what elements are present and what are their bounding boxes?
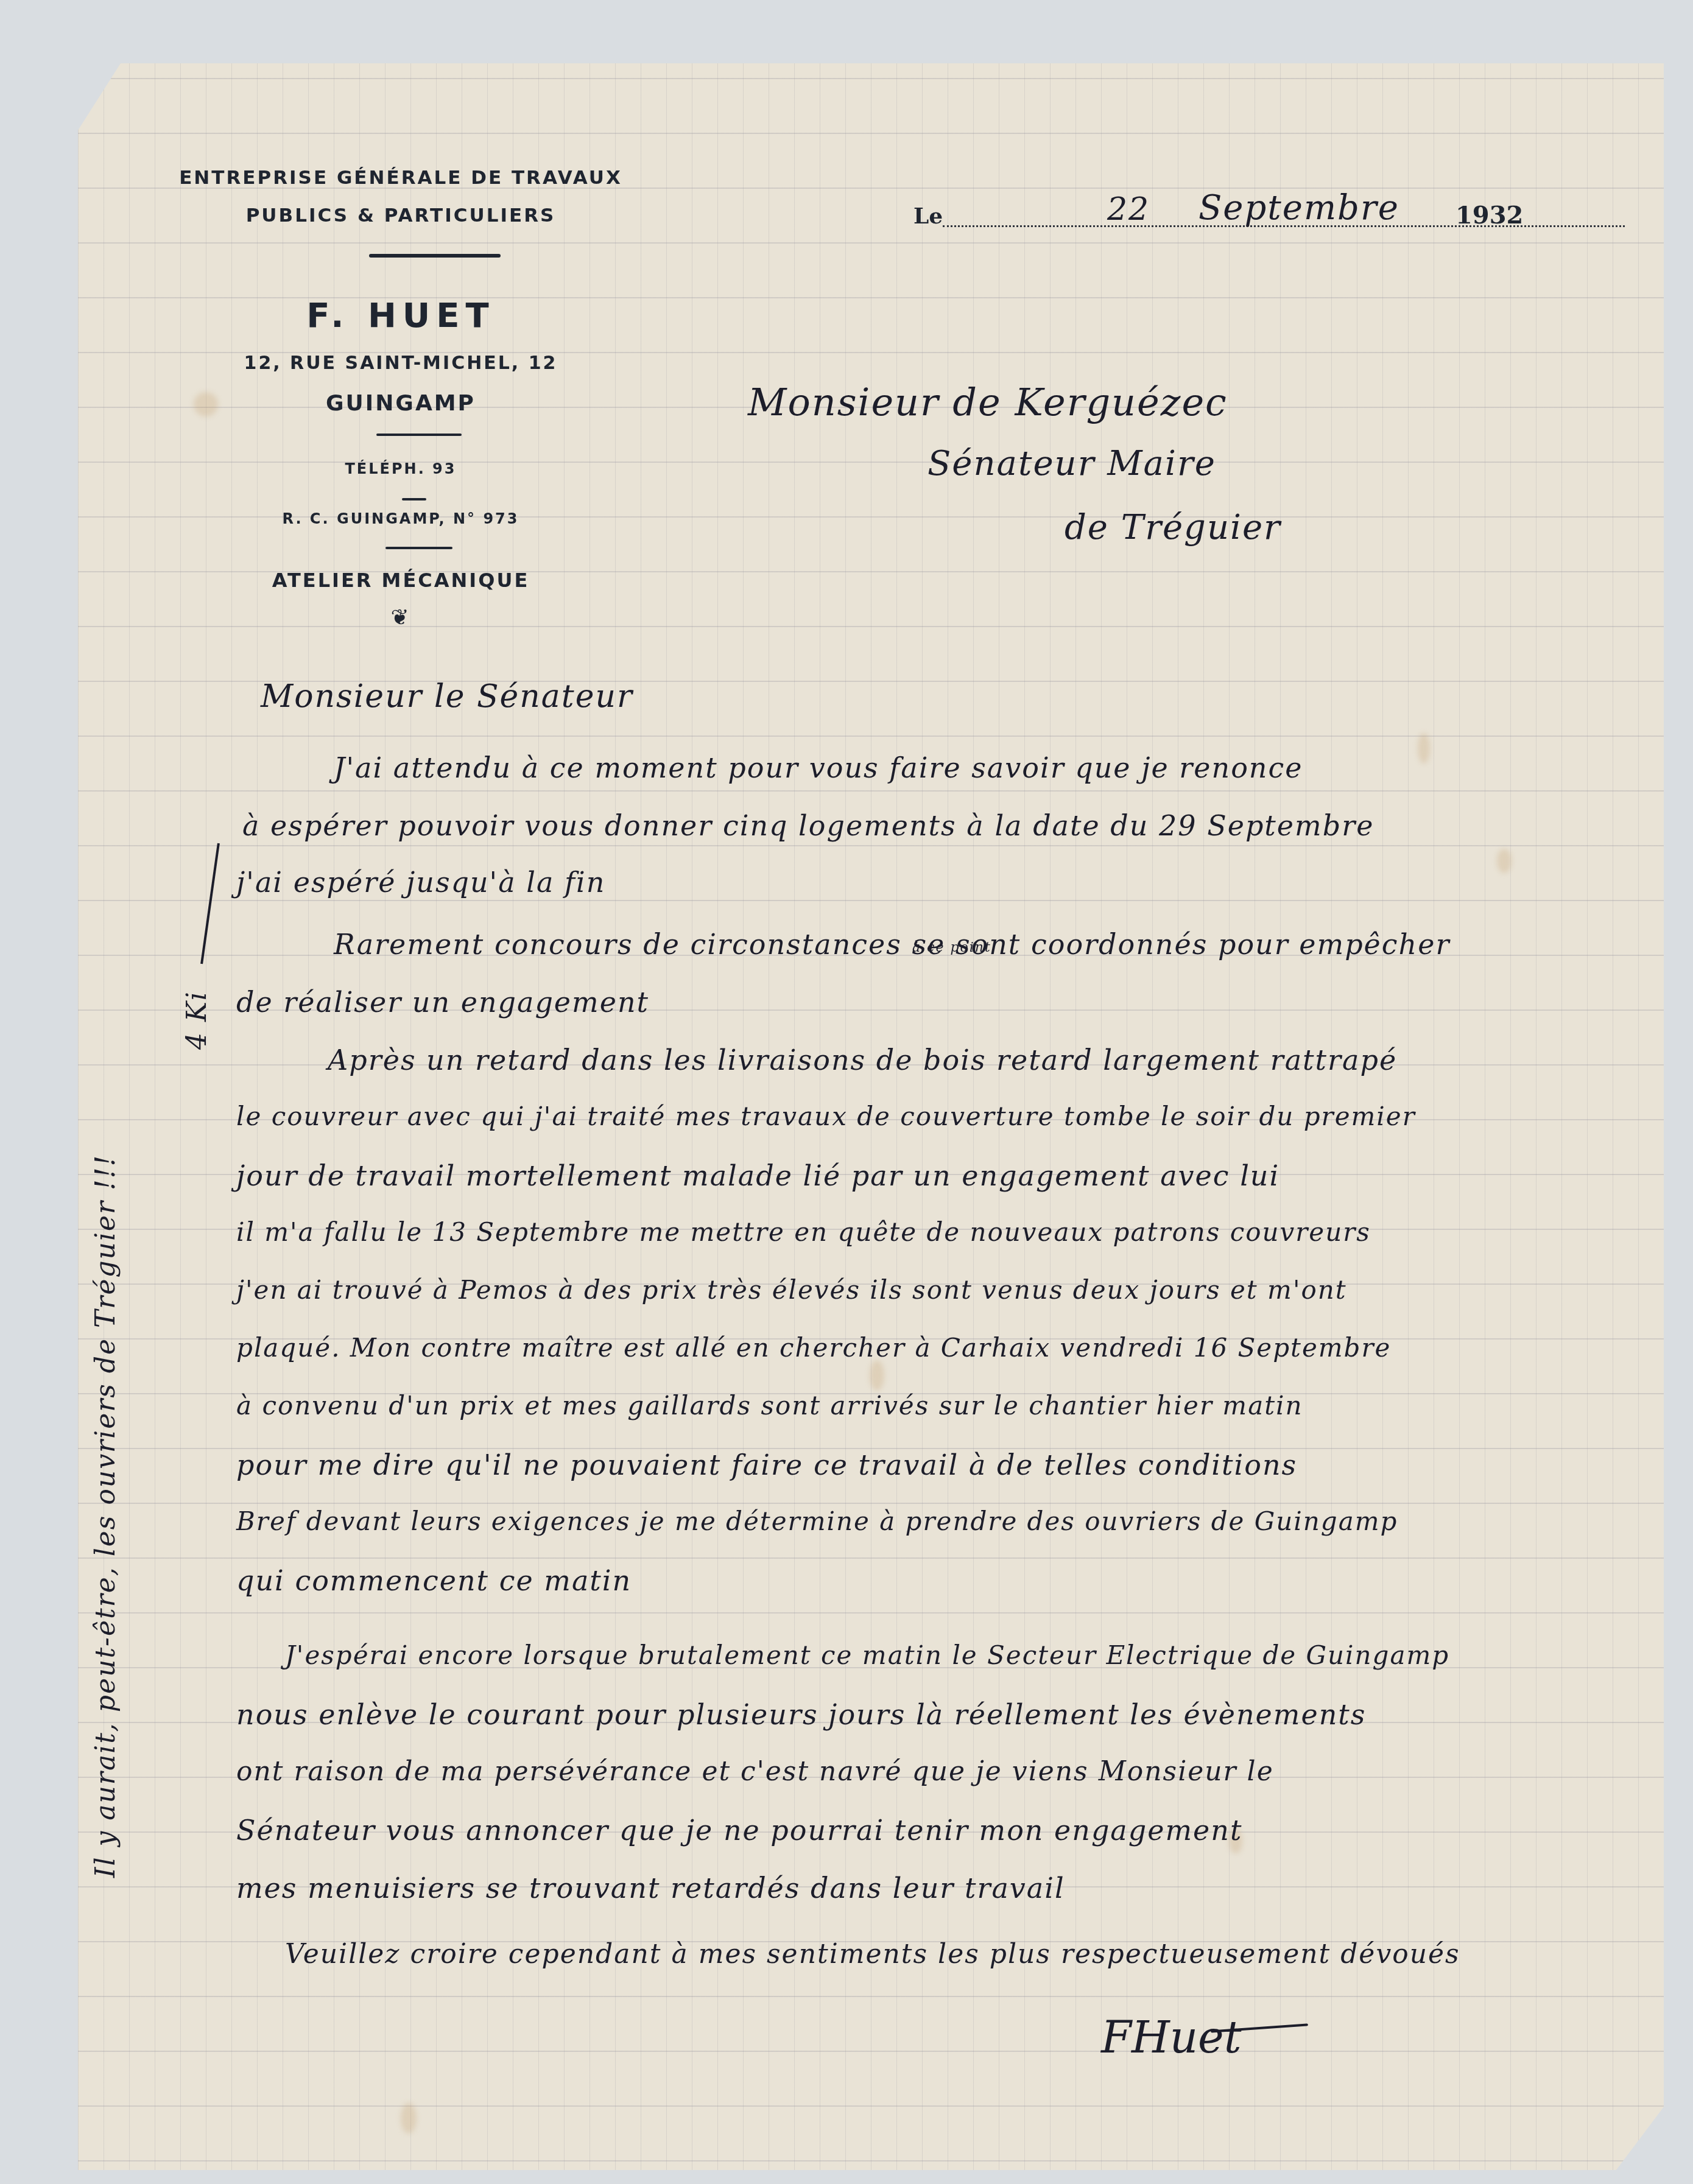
body-line: à espérer pouvoir vous donner cinq logem… (242, 809, 1374, 842)
body-line: pour me dire qu'il ne pouvaient faire ce… (236, 1448, 1297, 1481)
letter-page: ENTREPRISE GÉNÉRALE DE TRAVAUX PUBLICS &… (78, 63, 1664, 2170)
ornament-icon: ❦ (175, 605, 626, 630)
letterhead-divider (385, 547, 452, 549)
letterhead-divider (376, 434, 462, 436)
body-line: J'ai attendu à ce moment pour vous faire… (334, 751, 1303, 784)
salutation: Monsieur le Sénateur (261, 678, 633, 715)
recipient-title: Sénateur Maire (927, 444, 1216, 483)
company-city: GUINGAMP (175, 391, 626, 416)
letterhead-line1: ENTREPRISE GÉNÉRALE DE TRAVAUX (151, 167, 650, 189)
body-line: Rarement concours de circonstances se so… (334, 928, 1450, 961)
recipient-place: de Tréguier (1065, 508, 1281, 547)
body-line: mes menuisiers se trouvant retardés dans… (236, 1872, 1065, 1905)
body-line: Après un retard dans les livraisons de b… (328, 1044, 1397, 1076)
date-month: Septembre (1198, 188, 1399, 228)
body-line: qui commencent ce matin (236, 1564, 632, 1597)
letterhead-line2: PUBLICS & PARTICULIERS (175, 205, 626, 226)
body-line: jour de travail mortellement malade lié … (236, 1159, 1279, 1192)
margin-note-stroke (200, 843, 220, 964)
workshop-label: ATELIER MÉCANIQUE (175, 569, 626, 592)
paper-stain (870, 1360, 884, 1391)
company-phone: TÉLÉPH. 93 (175, 460, 626, 477)
body-line: j'ai espéré jusqu'à la fin (236, 866, 605, 899)
body-line: nous enlève le courant pour plusieurs jo… (236, 1698, 1366, 1731)
letterhead-divider (402, 498, 426, 500)
body-line: plaqué. Mon contre maître est allé en ch… (236, 1333, 1391, 1363)
company-name: F. HUET (175, 296, 626, 335)
paper-stain (401, 2103, 417, 2133)
margin-note-vertical: Il y aurait, peut-être, les ouvriers de … (90, 1154, 121, 1878)
date-year: 1932 (1455, 201, 1523, 230)
margin-note-mark: 4 Ki (181, 991, 213, 1050)
body-line: de réaliser un engagement (236, 986, 649, 1019)
paper-stain (1497, 849, 1512, 873)
body-line: Veuillez croire cependant à mes sentimen… (285, 1939, 1460, 1970)
company-address: 12, RUE SAINT-MICHEL, 12 (175, 353, 626, 374)
body-line: J'espérai encore lorsque brutalement ce … (285, 1640, 1449, 1670)
date-day: 22 (1107, 191, 1150, 228)
body-line: Sénateur vous annoncer que je ne pourrai… (236, 1814, 1242, 1847)
company-registry: R. C. GUINGAMP, N° 973 (175, 510, 626, 527)
recipient-name: Monsieur de Kerguézec (748, 380, 1228, 424)
body-line: Bref devant leurs exigences je me déterm… (236, 1506, 1398, 1536)
body-line: ont raison de ma persévérance et c'est n… (236, 1756, 1274, 1787)
body-line: le couvreur avec qui j'ai traité mes tra… (236, 1101, 1416, 1131)
signature: FHuet (1101, 2012, 1242, 2063)
body-line: il m'a fallu le 13 Septembre me mettre e… (236, 1217, 1371, 1247)
letterhead-divider (369, 254, 501, 258)
body-line: à convenu d'un prix et mes gaillards son… (236, 1391, 1303, 1420)
body-line: j'en ai trouvé à Pemos à des prix très é… (236, 1275, 1347, 1305)
paper-stain (1418, 733, 1430, 764)
date-prefix: Le (913, 203, 943, 229)
